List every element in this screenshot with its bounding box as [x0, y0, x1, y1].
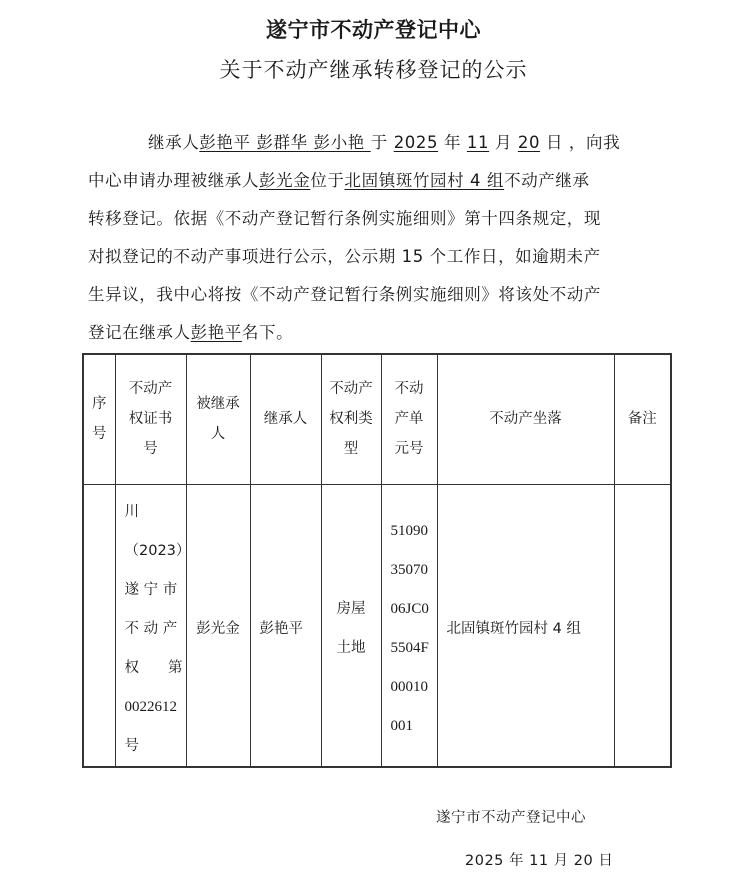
signature-org: 遂宁市不动产登记中心: [436, 806, 586, 827]
decedent-name: 彭光金: [259, 171, 310, 190]
apply-year: 2025: [394, 133, 438, 152]
header-decedent: 被继承人: [186, 354, 250, 484]
header-seq: 序号: [83, 354, 115, 484]
text: 名下。: [242, 323, 293, 342]
text: 登记在继承人: [88, 323, 191, 342]
header-cert-no: 不动产权证书号: [115, 354, 186, 484]
text: 于: [371, 133, 394, 152]
body-line-5: 生异议，我中心将按《不动产登记暂行条例实施细则》将该处不动产: [88, 276, 638, 314]
text: 位于: [310, 171, 344, 190]
body-line-1: 继承人彭艳平 彭群华 彭小艳 于 2025 年 11 月 20 日 ，向我: [88, 124, 638, 162]
body-line-3: 转移登记。依据《不动产登记暂行条例实施细则》第十四条规定，现: [88, 200, 638, 238]
header-heir: 继承人: [250, 354, 321, 484]
heir-name: 彭艳平: [191, 323, 242, 342]
header-remark: 备注: [614, 354, 671, 484]
body-line-6: 登记在继承人彭艳平名下。: [88, 314, 638, 352]
text: 中心申请办理被继承人: [88, 171, 259, 190]
text: 继承人: [148, 133, 199, 152]
cell-remark: [614, 484, 671, 767]
text: 月: [489, 133, 518, 152]
cell-cert-no: 川 （2023） 遂 宁 市 不 动 产 权 第 0022612 号: [115, 484, 186, 767]
cell-seq: [83, 484, 115, 767]
text: 不动产继承: [504, 171, 590, 190]
header-location: 不动产坐落: [437, 354, 614, 484]
signature-date: 2025 年 11 月 20 日: [465, 849, 613, 870]
cell-decedent: 彭光金: [186, 484, 250, 767]
table-header-row: 序号 不动产权证书号 被继承人 继承人 不动产权利类型 不动产单元号 不动产坐落…: [83, 354, 671, 484]
notice-title: 关于不动产继承转移登记的公示: [0, 54, 747, 84]
header-unit-no: 不动产单元号: [381, 354, 437, 484]
apply-month: 11: [467, 133, 489, 152]
notice-body: 继承人彭艳平 彭群华 彭小艳 于 2025 年 11 月 20 日 ，向我 中心…: [88, 124, 638, 352]
cell-location: 北固镇斑竹园村 4 组: [437, 484, 614, 767]
body-line-2: 中心申请办理被继承人彭光金位于北固镇斑竹园村 4 组不动产继承: [88, 162, 638, 200]
text: 年: [438, 133, 467, 152]
table-row: 川 （2023） 遂 宁 市 不 动 产 权 第 0022612 号 彭光金 彭…: [83, 484, 671, 767]
org-title: 遂宁市不动产登记中心: [0, 14, 747, 44]
cell-unit-no: 51090 35070 06JC0 5504F 00010 001: [381, 484, 437, 767]
heirs-names: 彭艳平 彭群华 彭小艳: [199, 133, 370, 152]
header-right-type: 不动产权利类型: [321, 354, 381, 484]
cell-right-type: 房屋 土地: [321, 484, 381, 767]
cell-heir: 彭艳平: [250, 484, 321, 767]
property-location: 北固镇斑竹园村 4 组: [345, 171, 505, 190]
apply-day: 20: [518, 133, 540, 152]
text: 日 ，向我: [540, 133, 620, 152]
registration-table: 序号 不动产权证书号 被继承人 继承人 不动产权利类型 不动产单元号 不动产坐落…: [82, 353, 672, 768]
body-line-4: 对拟登记的不动产事项进行公示，公示期 15 个工作日，如逾期未产: [88, 238, 638, 276]
